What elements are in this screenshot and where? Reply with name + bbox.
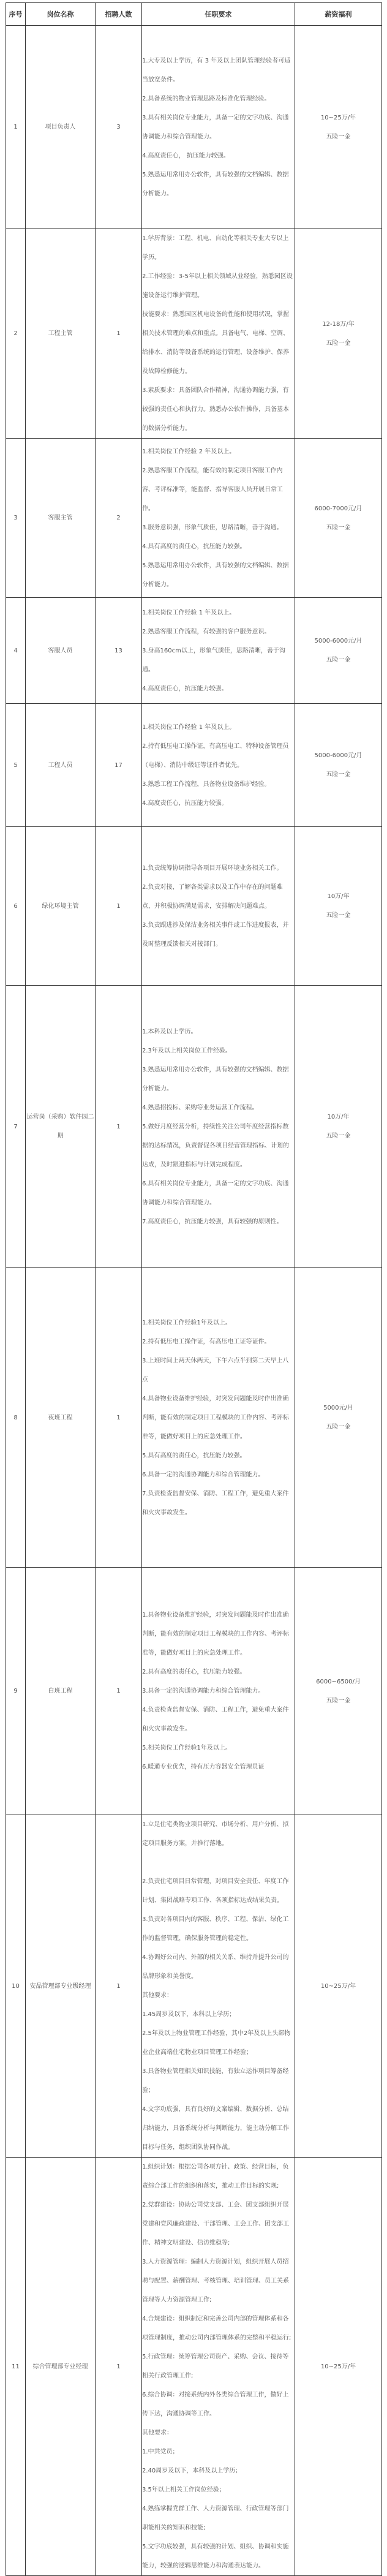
table-row: 5工程人员171.相关岗位工作经验 1 年及以上。2.持有低压电工操作证，有高压… <box>6 704 382 827</box>
requirement-line: 2.持有低压电工操作证，有高压电工、特种设备管理员（电梯）、消防中级证等证件者优… <box>142 737 295 775</box>
salary: 6000~6500/月 <box>295 1672 381 1691</box>
benefits: 五险一金 <box>295 127 381 146</box>
salary: 6000-7000元/月 <box>295 499 381 518</box>
table-row: 1项目负责人31.大专及以上学历，有 3 年及以上团队管理经验者可适当放宽条件。… <box>6 26 382 229</box>
requirement-line: 5.熟悉运用常用办公软件，具有较强的文档编辑、数据分析能力。 <box>142 165 295 203</box>
benefits: 五险一金 <box>295 334 381 353</box>
requirement-line: 1.立足住宅类物业项目研究、市场分析、用户分析、拟定项目服务方案，并推行落地。 <box>142 1815 295 1853</box>
requirement-line: 3.素质要求：具备团队合作精神，沟通协调能力强，有较强的责任心和执行力。熟悉办公… <box>142 381 295 438</box>
requirement-line: 4.高度责任心， 抗压能力较强。 <box>142 146 295 165</box>
requirement-line: 2.持有低压电工操作证，有高压电工证等证件。 <box>142 1332 295 1351</box>
requirement-line: 5.行政管理：统筹管理公司资产、采购、会议、接待等相关行政管理工作; <box>142 2347 295 2385</box>
requirement-line: 4.负责检查监督安保、消防、工程工作，避免重大案件和火灾事故发生。 <box>142 1701 295 1739</box>
row-number: 9 <box>6 1568 26 1815</box>
headcount: 1 <box>96 1568 142 1815</box>
requirements-cell: 1.立足住宅类物业项目研究、市场分析、用户分析、拟定项目服务方案，并推行落地。2… <box>142 1815 295 2158</box>
requirement-line: 1.本科及以上学历。 <box>142 1022 295 1041</box>
pay-cell: 10~25万/年 <box>295 1815 382 2158</box>
table-row: 10安品管理部专业级经理11.立足住宅类物业项目研究、市场分析、用户分析、拟定项… <box>6 1815 382 2158</box>
row-number: 8 <box>6 1268 26 1568</box>
requirement-line: 3.上班时间上两天休两天，下午六点半到第二天早上八点 <box>142 1351 295 1389</box>
pay-cell: 6000-7000元/月五险一金 <box>295 439 382 598</box>
salary: 5000-6000元/月 <box>295 746 381 765</box>
requirement-line: 4.高度责任心，抗压能力较强。 <box>142 679 295 698</box>
requirement-line: 2.熟悉客服工作流程，能有效的制定项目客服工作内容、考评标准等，能监督、指导客服… <box>142 461 295 518</box>
table-row: 2工程主管11.学历背景：工程、机电、自动化等相关专业大专以上学历。2.工作经验… <box>6 229 382 439</box>
requirement-line: 6.具有相关岗位专业能力，具备一定的文字功底、沟通协调能力和综合管理能力。 <box>142 1174 295 1212</box>
table-row: 9白班工程11.具备物业设备维护经验，对突发问题能及时作出准确判断，能有效的制定… <box>6 1568 382 1815</box>
requirement-line: 4.高度责任心，抗压能力较强。 <box>142 794 295 813</box>
requirement-line: 3.负责跟进涉及保洁业务相关事件或工作进度报表，并及时整理反馈相关对接部门。 <box>142 916 295 954</box>
requirement-line: 其他要求： <box>142 2423 295 2442</box>
requirement-line: 7.高度责任心，抗压能力较强，具有较强的原则性。 <box>142 1212 295 1231</box>
requirement-line: 6.综合协调：对接系统内外各类综合管理工作，做好上传下达，沟通协调等工作。 <box>142 2385 295 2423</box>
requirement-line: 1.学历背景：工程、机电、自动化等相关专业大专以上学历。 <box>142 229 295 267</box>
headcount: 1 <box>96 2158 142 2576</box>
requirement-line: 1.大专及以上学历，有 3 年及以上团队管理经验者可适当放宽条件。 <box>142 51 295 89</box>
benefits: 五险一金 <box>295 518 381 537</box>
requirement-line: 1.相关岗位工作经验 1 年及以上。 <box>142 603 295 622</box>
requirements-cell: 1.相关岗位工作经验 1 年及以上。2.熟悉客服工作流程，有较强的客户服务意识。… <box>142 598 295 704</box>
row-number: 11 <box>6 2158 26 2576</box>
pay-cell: 5000-6000元/月五险一金 <box>295 704 382 827</box>
salary: 5000-6000元/月 <box>295 632 381 651</box>
row-number: 6 <box>6 827 26 986</box>
requirement-line: 4.文字功底强，具有良好的文案编辑、数据分析、总结归纳能力，具备系统分析与判断能… <box>142 2100 295 2157</box>
requirement-line: 1.相关岗位工作经验1年及以上。 <box>142 1313 295 1332</box>
requirement-line: 1.组织计划：根据公司各项方针、政策、经营目标，负责综合部工作的组织和落实，推动… <box>142 2158 295 2196</box>
requirement-line: 2.3年及以上相关岗位工作经验。 <box>142 1041 295 1060</box>
requirement-line: 7.负责检查监督安保、消防、工程工作，避免重大案件和火灾事故发生。 <box>142 1484 295 1522</box>
salary: 10~25万/年 <box>295 2357 381 2376</box>
requirement-line: 3.具备物业管理相关知识技能，有独立运作项目筹备经验； <box>142 2062 295 2100</box>
headcount: 17 <box>96 704 142 827</box>
requirement-line: 1.相关岗位工作经验 2 年及以上。 <box>142 442 295 461</box>
requirement-line: 1.相关岗位工作经验 1 年及以上。 <box>142 718 295 737</box>
headcount: 3 <box>96 26 142 229</box>
requirements-cell: 1.相关岗位工作经验 2 年及以上。2.熟悉客服工作流程，能有效的制定项目客服工… <box>142 439 295 598</box>
requirement-line: 1.负责统筹协调指导各项目开展环境业务相关工作。 <box>142 859 295 878</box>
table-row: 8夜班工程11.相关岗位工作经验1年及以上。2.持有低压电工操作证，有高压电工证… <box>6 1268 382 1568</box>
header-position-name: 岗位名称 <box>26 3 96 26</box>
position-name: 白班工程 <box>26 1568 96 1815</box>
headcount: 1 <box>96 827 142 986</box>
header-row: 序号 岗位名称 招聘人数 任职要求 薪资福利 <box>6 3 382 26</box>
benefits: 五险一金 <box>295 906 381 925</box>
table-row: 3客服主管21.相关岗位工作经验 2 年及以上。2.熟悉客服工作流程，能有效的制… <box>6 439 382 598</box>
requirements-cell: 1.学历背景：工程、机电、自动化等相关专业大专以上学历。2.工作经验：3-5年以… <box>142 229 295 439</box>
requirement-line: 2.具有高度的责任心，抗压能力较强。 <box>142 1663 295 1682</box>
row-number: 10 <box>6 1815 26 2158</box>
table-body: 1项目负责人31.大专及以上学历，有 3 年及以上团队管理经验者可适当放宽条件。… <box>6 26 382 2576</box>
requirement-line: 3.具有相关岗位专业能力，具备一定的文字功底、沟通协调能力和综合管理能力。 <box>142 108 295 146</box>
headcount: 1 <box>96 1268 142 1568</box>
pay-cell: 10万/年五险一金 <box>295 986 382 1268</box>
requirement-line: 4.合规建设：组织制定和完善公司内部的管理体系和各项管理制度，推动公司内部管理体… <box>142 2310 295 2347</box>
requirement-line: 2.40周岁及以下，本科及以上学历； <box>142 2461 295 2480</box>
requirement-line: 2.负责对接，了解各类需求以及工作中存在的问题难点，并积极协调满足需求，安排解决… <box>142 878 295 916</box>
position-name: 客服主管 <box>26 439 96 598</box>
requirement-line: 3.服务意识强，形象气质佳，思路清晰，善于沟通。 <box>142 518 295 537</box>
salary: 10~25万/年 <box>295 1977 381 1996</box>
requirement-line: 3.身高160cm以上，形象气质佳，思路清晰，善于沟通。 <box>142 641 295 679</box>
requirement-line: 其他要求： <box>142 1986 295 2005</box>
pay-cell: 5000-6000元/月五险一金 <box>295 598 382 704</box>
row-number: 3 <box>6 439 26 598</box>
requirement-line: 1.中共党员； <box>142 2442 295 2461</box>
salary: 10万/年 <box>295 1108 381 1127</box>
requirement-line: 技能要求：熟悉园区机电设备的性能和使用状况，掌握相关技术管理的难点和重点。具备电… <box>142 305 295 381</box>
requirements-cell: 1.相关岗位工作经验 1 年及以上。2.持有低压电工操作证，有高压电工、特种设备… <box>142 704 295 827</box>
row-number: 4 <box>6 598 26 704</box>
pay-cell: 6000~6500/月五险一金 <box>295 1568 382 1815</box>
position-name: 夜班工程 <box>26 1268 96 1568</box>
benefits: 五险一金 <box>295 651 381 670</box>
requirement-line: 5.做好月度经营分析，持续性关注公司年度经营指标数据的达标情况，负责督促各项目经… <box>142 1117 295 1174</box>
requirement-line: 5.文字功底较强，具有较强的计划、组织、协调和实施能力，较强的逻辑思维能力和沟通… <box>142 2537 295 2575</box>
position-name: 工程主管 <box>26 229 96 439</box>
requirement-line: 2.党群建设：协助公司党支部、工会、团支部组织开展党建和党风廉政建设、干部管理、… <box>142 2196 295 2253</box>
table-row: 4客服人员131.相关岗位工作经验 1 年及以上。2.熟悉客服工作流程，有较强的… <box>6 598 382 704</box>
header-pay: 薪资福利 <box>295 3 382 26</box>
position-name: 项目负责人 <box>26 26 96 229</box>
requirement-line: 3.熟悉工程工作流程，具备物业设备维护经验。 <box>142 775 295 794</box>
requirement-line: 4.具备物业设备维护经验，对突发问题能及时作出准确判断，能有效的制定项目工程模块… <box>142 1389 295 1446</box>
requirements-cell: 1.组织计划：根据公司各项方针、政策、经营目标，负责综合部工作的组织和落实，推动… <box>142 2158 295 2576</box>
requirement-line: 4.熟练掌握党群工作、人力资源管理、行政管理等部门职能相关的知识和技能; <box>142 2499 295 2537</box>
salary: 10万/年 <box>295 887 381 906</box>
salary: 12-18万/年 <box>295 315 381 334</box>
benefits: 五险一金 <box>295 1127 381 1146</box>
salary: 5000元/月 <box>295 1399 381 1418</box>
benefits: 五险一金 <box>295 1418 381 1437</box>
table-row: 7运营岗（采购）软件园二期11.本科及以上学历。2.3年及以上相关岗位工作经验。… <box>6 986 382 1268</box>
position-name: 工程人员 <box>26 704 96 827</box>
pay-cell: 12-18万/年五险一金 <box>295 229 382 439</box>
requirements-cell: 1.相关岗位工作经验1年及以上。2.持有低压电工操作证，有高压电工证等证件。3.… <box>142 1268 295 1568</box>
recruitment-table: 序号 岗位名称 招聘人数 任职要求 薪资福利 1项目负责人31.大专及以上学历，… <box>6 2 382 2576</box>
requirements-cell: 1.具备物业设备维护经验，对突发问题能及时作出准确判断，能有效的制定项目工程模块… <box>142 1568 295 1815</box>
requirement-line: 1.具备物业设备维护经验，对突发问题能及时作出准确判断，能有效的制定项目工程模块… <box>142 1606 295 1663</box>
salary: 10~25万/年 <box>295 108 381 127</box>
row-number: 2 <box>6 229 26 439</box>
headcount: 1 <box>96 1815 142 2158</box>
requirement-line: 2.负责住宅项目日常管理，对项目安全责任、年度工作计划、集团战略专项工作、各项指… <box>142 1872 295 1948</box>
requirement-line <box>142 1853 295 1872</box>
header-no: 序号 <box>6 3 26 26</box>
position-name: 绿化环境主管 <box>26 827 96 986</box>
requirement-line: 6.具备一定的沟通协调能力和综合管理能力。 <box>142 1465 295 1484</box>
table-row: 6绿化环境主管11.负责统筹协调指导各项目开展环境业务相关工作。2.负责对接，了… <box>6 827 382 986</box>
headcount: 2 <box>96 439 142 598</box>
row-number: 5 <box>6 704 26 827</box>
pay-cell: 5000元/月五险一金 <box>295 1268 382 1568</box>
header-requirements: 任职要求 <box>142 3 295 26</box>
row-number: 1 <box>6 26 26 229</box>
requirement-line: 3.5年以上相关工作岗位经验； <box>142 2480 295 2499</box>
requirement-line: 6.暖通专业优先，持有压力容器安全管理员证 <box>142 1758 295 1777</box>
requirement-line: 3.具备一定的沟通协调能力和综合管理能力。 <box>142 1682 295 1701</box>
requirement-line: 5.具有高度的责任心，抗压能力较强。 <box>142 1446 295 1465</box>
requirement-line: 2.熟悉客服工作流程，有较强的客户服务意识。 <box>142 622 295 641</box>
requirement-line: 4.熟悉招投标、采购等业务运营工作流程。 <box>142 1098 295 1117</box>
position-name: 运营岗（采购）软件园二期 <box>26 986 96 1268</box>
requirement-line: 4.具有高度的责任心，抗压能力较强。 <box>142 537 295 556</box>
requirements-cell: 1.负责统筹协调指导各项目开展环境业务相关工作。2.负责对接，了解各类需求以及工… <box>142 827 295 986</box>
requirement-line: 5.熟悉运用常用办公软件，具有较强的文档编辑、数据分析能力。 <box>142 556 295 594</box>
pay-cell: 10~25万/年 <box>295 2158 382 2576</box>
benefits: 五险一金 <box>295 765 381 784</box>
requirements-cell: 1.大专及以上学历，有 3 年及以上团队管理经验者可适当放宽条件。2.具备系统的… <box>142 26 295 229</box>
position-name: 安品管理部专业级经理 <box>26 1815 96 2158</box>
pay-cell: 10万/年五险一金 <box>295 827 382 986</box>
table-row: 11综合管理部专业经理11.组织计划：根据公司各项方针、政策、经营目标，负责综合… <box>6 2158 382 2576</box>
benefits: 五险一金 <box>295 1691 381 1710</box>
requirement-line: 3.熟悉运用常用办公软件，具有较强的文档编辑、数据分析能力。 <box>142 1060 295 1098</box>
requirement-line: 2.工作经验：3-5年以上相关领域从业经验，熟悉园区设施设备运行维护管理。 <box>142 267 295 305</box>
headcount: 1 <box>96 986 142 1268</box>
requirement-line: 3.人力资源管理：编制人力资源计划，组织开展人员招聘与配置、薪酬管理、考核管理、… <box>142 2253 295 2310</box>
requirement-line: 1.45周岁及以下，本科以上学历； <box>142 2005 295 2024</box>
requirement-line: 2.具备系统的物业管理思路及标准化管理经验。 <box>142 89 295 108</box>
header-headcount: 招聘人数 <box>96 3 142 26</box>
requirement-line: 2.5年及以上物业管理工作经验，其中2年及以上头部物业企业高端住宅物业项目管理工… <box>142 2024 295 2062</box>
requirement-line: 4.协调好公司内、外部的相关关系、维持并提升公司的品牌形象和美誉度。 <box>142 1948 295 1986</box>
requirement-line: 5.相关岗位工作经验1年及以上。 <box>142 1739 295 1758</box>
requirements-cell: 1.本科及以上学历。2.3年及以上相关岗位工作经验。3.熟悉运用常用办公软件，具… <box>142 986 295 1268</box>
row-number: 7 <box>6 986 26 1268</box>
position-name: 综合管理部专业经理 <box>26 2158 96 2576</box>
headcount: 1 <box>96 229 142 439</box>
pay-cell: 10~25万/年五险一金 <box>295 26 382 229</box>
position-name: 客服人员 <box>26 598 96 704</box>
headcount: 13 <box>96 598 142 704</box>
